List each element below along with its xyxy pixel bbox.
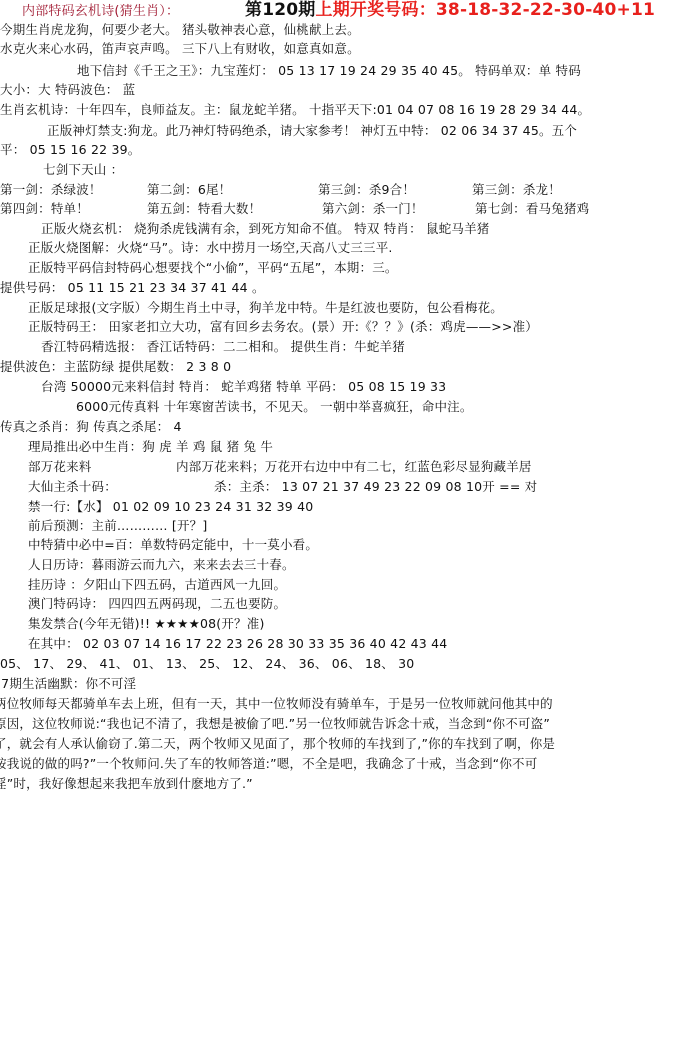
fire-mystery-line: 正版火烧玄机： 烧狗杀虎钱满有余，到死方知命不值。 特双 特肖： 鼠蛇马羊猪 bbox=[41, 219, 490, 238]
header-left-title: 内部特码玄机诗(猜生肖）： bbox=[22, 4, 179, 19]
calendar-poem-line: 人日历诗：暮雨游云而九六，来来去去三十春。 bbox=[28, 555, 295, 574]
ban-row-line: 禁一行:【水】 01 02 09 10 23 24 31 32 39 40 bbox=[28, 497, 313, 516]
wave-tail-line: 提供波色：主蓝防绿 提供尾数： 2 3 8 0 bbox=[0, 357, 231, 376]
seven-swords-title: 七剑下天山 ： bbox=[43, 160, 123, 179]
verse-line: 水克火来心水码，笛声哀声鸣。 三下八上有财收，如意真如意。 bbox=[0, 39, 360, 58]
sword-3: 第三剑：杀9合！ bbox=[318, 180, 415, 199]
flower-material-line: 内部万花来料；万花开右边中中有二七，红蓝色彩尽显狗藏羊居 bbox=[176, 457, 532, 476]
fax-line: 6000元传真料 十年寒窗苦读书，不见天。 一朝中举喜疯狂，命中注。 bbox=[76, 397, 473, 416]
flower-material-label: 部万花来料 bbox=[28, 457, 92, 476]
story-line: 了，就会有人承认偷窃了.第二天，两个牧师又见面了，那个牧师的车找到了,”你的车找… bbox=[0, 734, 555, 753]
hongkong-line: 香江特码精选报： 香江话特码：二二相和。 提供生肖：牛蛇羊猪 bbox=[41, 337, 405, 356]
underground-letter-line: 地下信封《千王之王》：九宝莲灯： 05 13 17 19 24 29 35 40… bbox=[77, 61, 581, 80]
wall-calendar-line: 挂历诗 ：夕阳山下四五码，古道西风一九回。 bbox=[28, 575, 286, 594]
combo-line: 集发禁合(今年无错)!! ★★★★08(开？准) bbox=[28, 614, 265, 633]
flat-numbers-line: 平： 05 15 16 22 39。 bbox=[0, 140, 141, 159]
story-line: 原因，这位牧师说:“我也记不清了，我想是被偷了吧.”另一位牧师就告诉念十戒，当念… bbox=[0, 714, 550, 733]
hit-line: 中特猜中必中=百：单数特码定能中，十一莫小看。 bbox=[28, 535, 318, 554]
provided-numbers-line: 提供号码： 05 11 15 21 23 34 37 41 44 。 bbox=[0, 278, 265, 297]
story-title: .7期生活幽默：你不可淫 bbox=[0, 674, 136, 693]
forecast-line: 前后预测：主前………… [开？] bbox=[28, 516, 207, 535]
lamp-line: 正版神灯禁支:狗龙。此乃神灯特码绝杀，请大家参考！ 神灯五中特： 02 06 3… bbox=[47, 121, 577, 140]
sword-3b: 第三剑：杀龙！ bbox=[472, 180, 561, 199]
sword-4: 第四剑：特单！ bbox=[0, 199, 89, 218]
story-line: 按我说的做的吗?”一个牧师问.失了车的牧师答道:”嗯，不全是吧，我确念了十戒，当… bbox=[0, 754, 537, 773]
sword-7: 第七剑：看马兔猪鸡 bbox=[475, 199, 589, 218]
last-draw-numbers: 38-18-32-22-30-40+11 bbox=[436, 0, 655, 20]
football-paper-line: 正版足球报(文字版）今期生肖土中寻，狗羊龙中特。牛是红波也要防，包公看梅花。 bbox=[28, 298, 503, 317]
flat-letter-line: 正版特平码信封特码心想要找个“小偷”，平码“五尾”，本期：三。 bbox=[28, 258, 398, 277]
story-line: 两位牧师每天都骑单车去上班，但有一天，其中一位牧师没有骑单车，于是另一位牧师就问… bbox=[0, 694, 553, 713]
last-draw-label: 上期开奖号码： bbox=[316, 0, 436, 20]
number-sequence-line: 05、 17、 29、 41、 01、 13、 25、 12、 24、 36、 … bbox=[0, 654, 414, 673]
issue-number: 第120期 bbox=[245, 0, 316, 20]
kill-ten-numbers: 杀：主杀： 13 07 21 37 49 23 22 09 08 10开 == … bbox=[214, 477, 537, 496]
sword-5: 第五剑：特看大数！ bbox=[147, 199, 261, 218]
taiwan-line: 台湾 50000元来料信封 特肖： 蛇羊鸡猪 特单 平码： 05 08 15 1… bbox=[41, 377, 446, 396]
sword-6: 第六剑：杀一门！ bbox=[322, 199, 424, 218]
fax-kill-line: 传真之杀肖：狗 传真之杀尾： 4 bbox=[0, 417, 182, 436]
kill-ten-label: 大仙主杀十码： bbox=[28, 477, 117, 496]
verse-line: 今期生肖虎龙狗，何要少老大。 猪头敬神表心意，仙桃献上去。 bbox=[0, 20, 360, 39]
within-numbers-line: 在其中： 02 03 07 14 16 17 22 23 26 28 30 33… bbox=[28, 634, 447, 653]
must-zodiac-line: 理局推出必中生肖：狗 虎 羊 鸡 鼠 猪 兔 牛 bbox=[28, 437, 273, 456]
header-bar: 内部特码玄机诗(猜生肖）： bbox=[22, 0, 179, 22]
sword-1: 第一剑：杀绿波！ bbox=[0, 180, 102, 199]
fire-diagram-line: 正版火烧图解：火烧“马”。诗：水中捞月一场空,天高八丈三三平. bbox=[28, 238, 393, 257]
header-issue-line: 第120期上期开奖号码：38-18-32-22-30-40+11 bbox=[245, 0, 655, 21]
size-color-line: 大小：大 特码波色： 蓝 bbox=[0, 80, 135, 99]
zodiac-poem-line: 生肖玄机诗：十年四车，良师益友。主：鼠龙蛇羊猪。 十指平天下:01 04 07 … bbox=[0, 100, 590, 119]
macau-poem-line: 澳门特码诗： 四四四五两码现，二五也要防。 bbox=[28, 594, 286, 613]
special-king-line: 正版特码王： 田家老扣立大功，富有回乡去务农。(景）开:《？？》(杀：鸡虎——>… bbox=[28, 317, 538, 336]
story-line: 淫”时，我好像想起来我把车放到什麽地方了.” bbox=[0, 774, 253, 793]
sword-2: 第二剑：6尾！ bbox=[147, 180, 231, 199]
